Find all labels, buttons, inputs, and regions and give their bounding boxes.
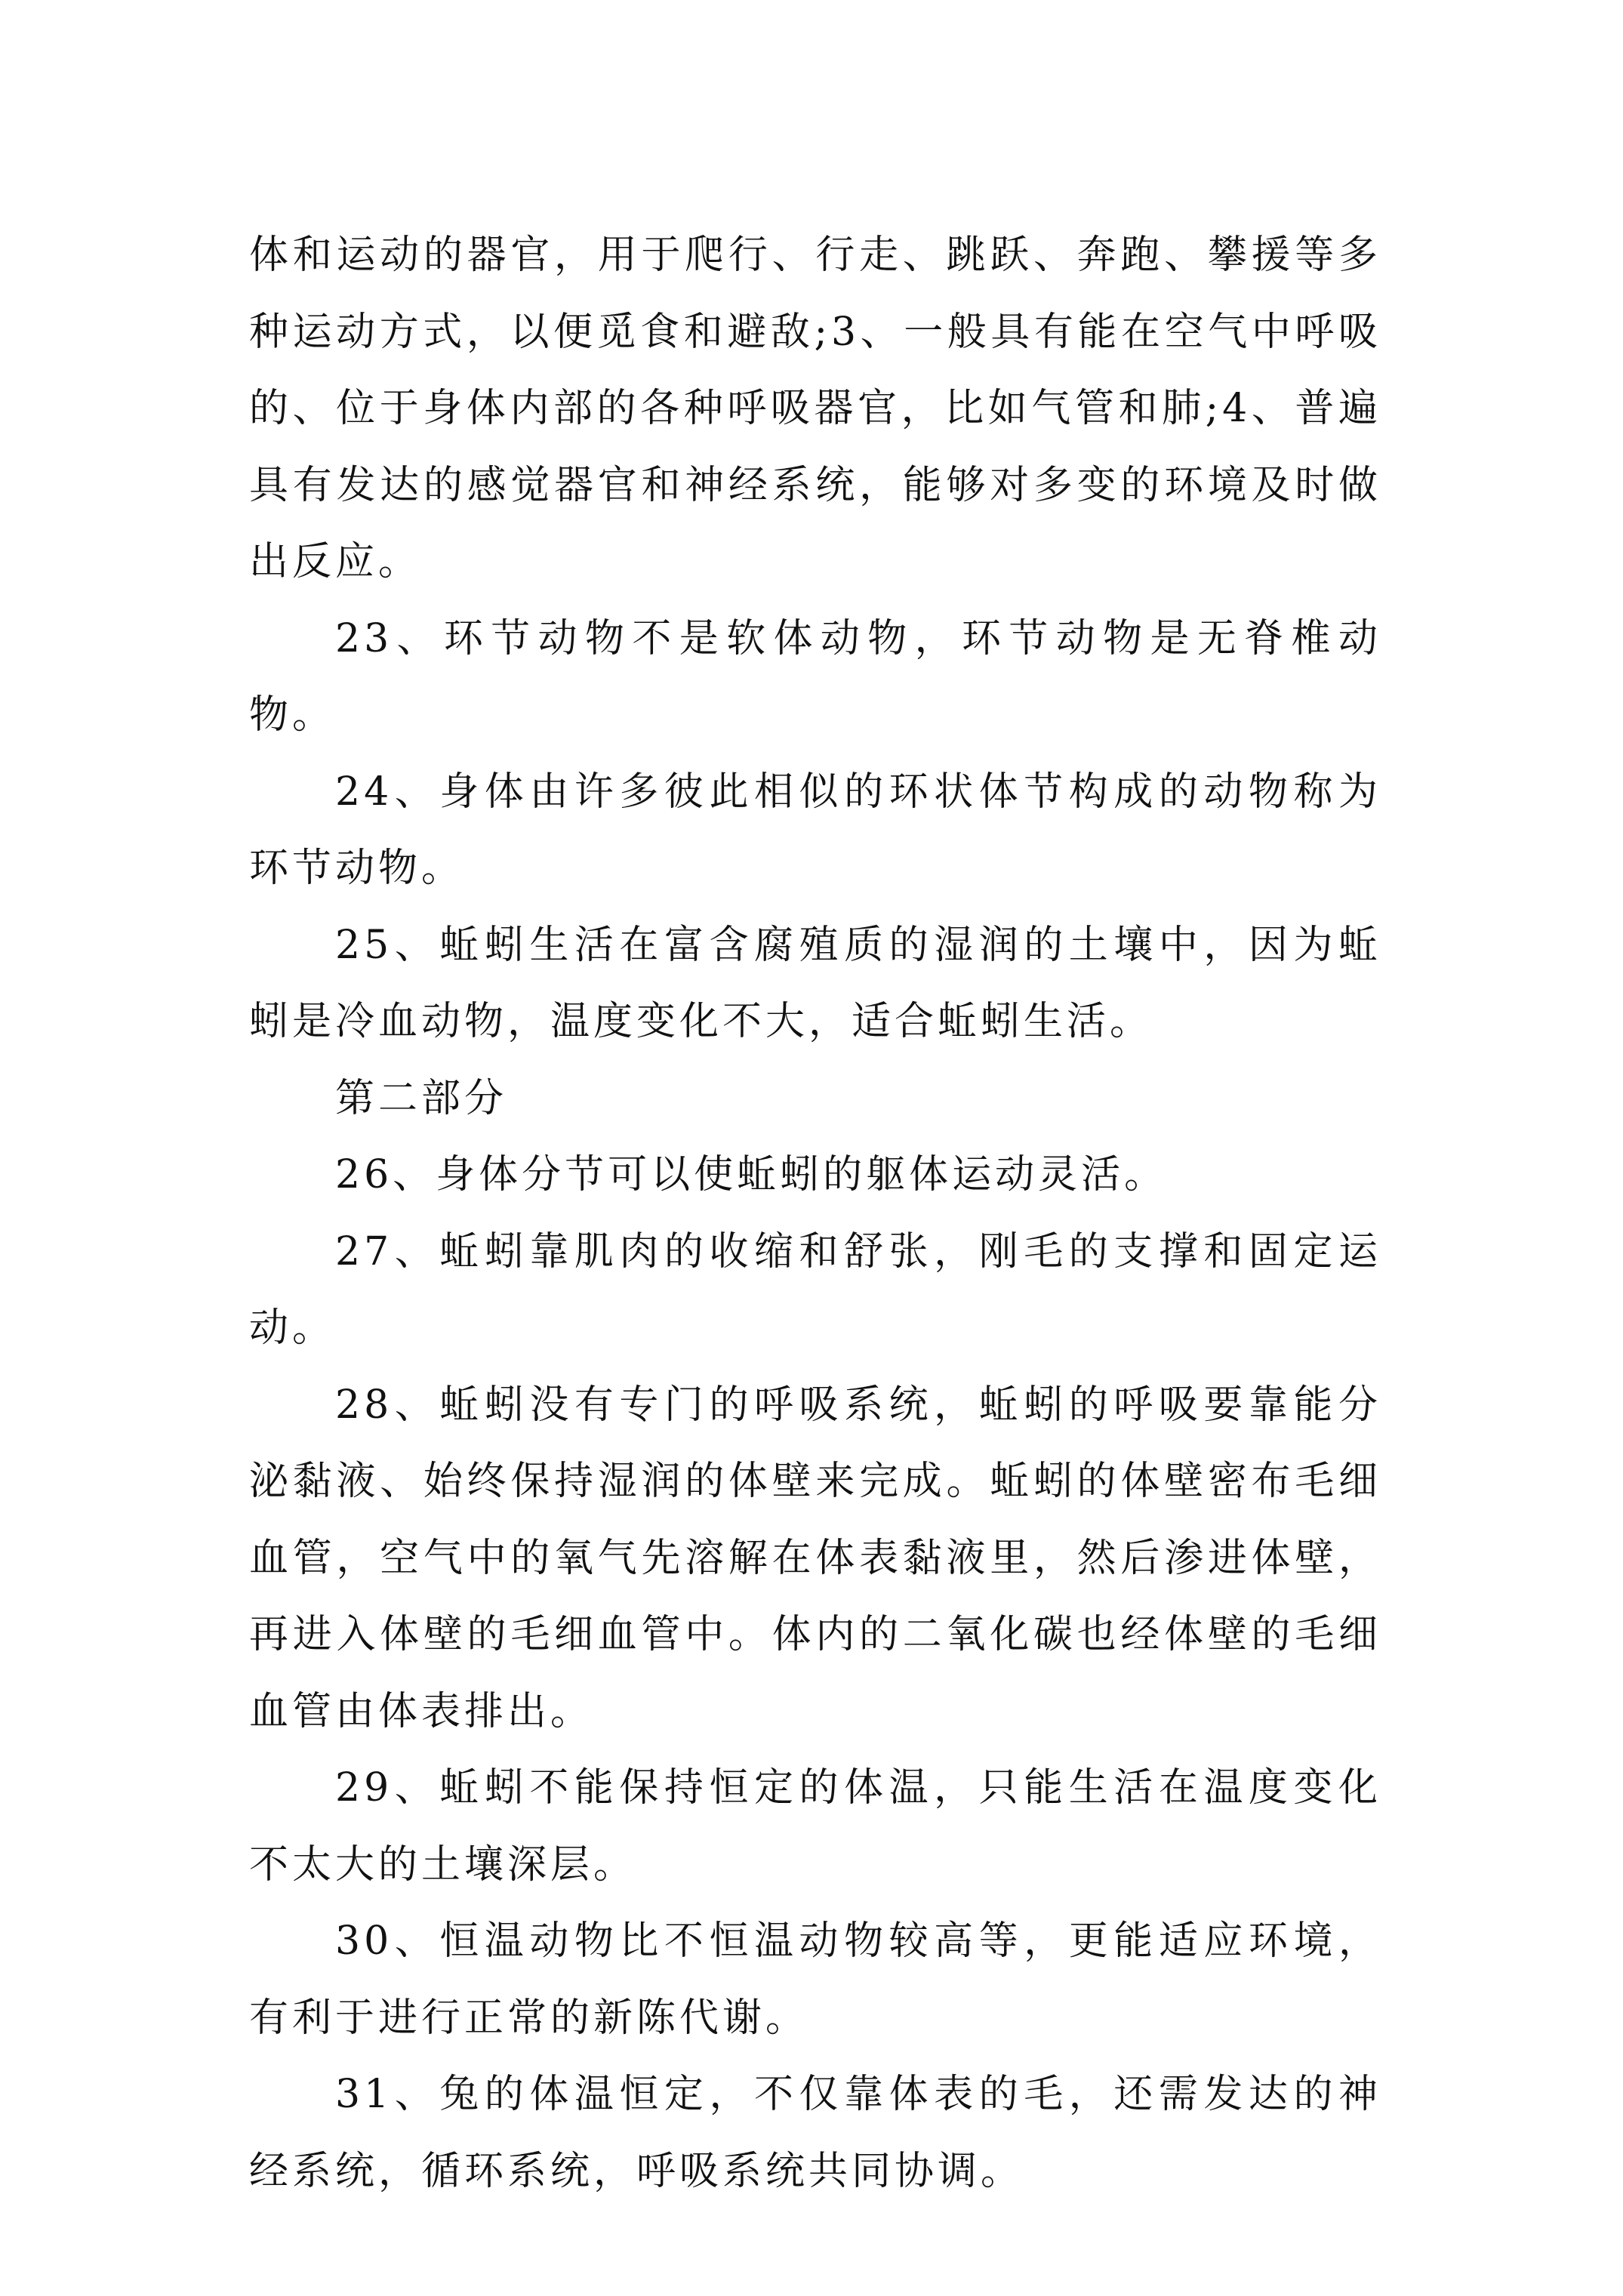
paragraph-24: 24、身体由许多彼此相似的环状体节构成的动物称为环节动物。 xyxy=(249,754,1381,908)
paragraph-22-continued: 体和运动的器官，用于爬行、行走、跳跃、奔跑、攀援等多种运动方式，以便觅食和避敌;… xyxy=(249,217,1381,601)
paragraph-23: 23、环节动物不是软体动物，环节动物是无脊椎动物。 xyxy=(249,601,1381,754)
paragraph-27: 27、蚯蚓靠肌肉的收缩和舒张，刚毛的支撑和固定运动。 xyxy=(249,1214,1381,1367)
document-page: 体和运动的器官，用于爬行、行走、跳跃、奔跑、攀援等多种运动方式，以便觅食和避敌;… xyxy=(249,217,1381,2210)
paragraph-28: 28、蚯蚓没有专门的呼吸系统，蚯蚓的呼吸要靠能分泌黏液、始终保持湿润的体壁来完成… xyxy=(249,1367,1381,1751)
paragraph-25: 25、蚯蚓生活在富含腐殖质的湿润的土壤中，因为蚯蚓是冷血动物，温度变化不大，适合… xyxy=(249,908,1381,1061)
paragraph-26: 26、身体分节可以使蚯蚓的躯体运动灵活。 xyxy=(249,1137,1381,1214)
paragraph-30: 30、恒温动物比不恒温动物较高等，更能适应环境，有利于进行正常的新陈代谢。 xyxy=(249,1903,1381,2057)
section-heading-part-two: 第二部分 xyxy=(249,1061,1381,1138)
paragraph-31: 31、兔的体温恒定，不仅靠体表的毛，还需发达的神经系统，循环系统，呼吸系统共同协… xyxy=(249,2057,1381,2210)
paragraph-29: 29、蚯蚓不能保持恒定的体温，只能生活在温度变化不太大的土壤深层。 xyxy=(249,1750,1381,1903)
